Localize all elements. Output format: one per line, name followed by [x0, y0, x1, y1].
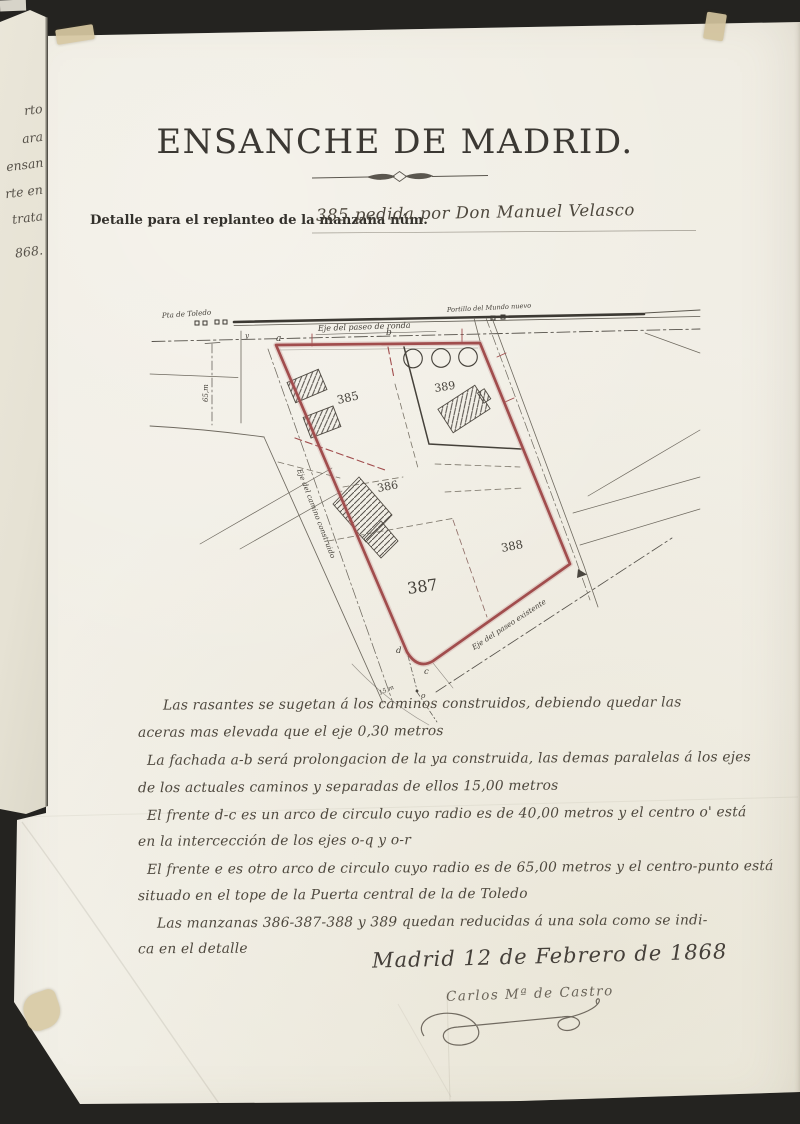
- body-line: en la intercección de los ejes o-q y o-r: [138, 832, 411, 850]
- signature-name: Carlos Mª de Castro: [446, 983, 614, 1005]
- streets-right: [474, 318, 700, 607]
- map-drawing: Pta de Toledo Portillo del Mundo nuevo E…: [150, 302, 700, 725]
- road-top: [234, 310, 700, 326]
- point-label-d: d: [396, 646, 402, 656]
- axis-arrow: [577, 569, 587, 578]
- tape-mark: [703, 12, 727, 42]
- setback-ticks: [312, 329, 514, 402]
- margin-fragment: ensan: [5, 155, 44, 174]
- body-line: La fachada a-b será prolongacion de la y…: [147, 749, 751, 769]
- point-label-b: b: [386, 328, 392, 338]
- margin-fragment: ara: [21, 129, 44, 146]
- block-label-386: 386: [376, 478, 399, 495]
- main-sheet: ENSANCHE DE MADRID. Detalle para el repl…: [0, 0, 800, 1124]
- margin-fragment: rte en: [4, 182, 43, 201]
- body-line: Las manzanas 386-387-388 y 389 quedan re…: [157, 912, 708, 931]
- point-label-y: y: [244, 332, 250, 340]
- street-label-paseo: Eje del paseo existente: [469, 597, 548, 653]
- axis-paseo-existente: [436, 538, 672, 692]
- dimension-label-15m: 15,m: [378, 684, 395, 697]
- block-389-outline: [278, 347, 521, 449]
- axis-ronda: [152, 329, 700, 342]
- dimension-label-65m: 65,m: [202, 384, 210, 402]
- street-label-puerta-toledo: Pta de Toledo: [161, 308, 213, 321]
- page-title: ENSANCHE DE MADRID.: [95, 122, 695, 162]
- subtitle-underline: [312, 231, 696, 234]
- block-label-385: 385: [336, 388, 361, 407]
- red-boundary: [276, 343, 570, 664]
- corner-survey-marks: [352, 656, 453, 725]
- body-line: situado en el tope de la Puerta central …: [138, 886, 528, 904]
- streets-left: [150, 331, 392, 703]
- previous-folio-edge: rto ara ensan rte en trata 868.: [0, 6, 48, 814]
- margin-fragment: 868.: [14, 242, 43, 260]
- parcel-lines-red: [295, 347, 394, 470]
- body-line: ca en el detalle: [138, 941, 248, 958]
- body-line: Las rasantes se sugetan á los caminos co…: [163, 694, 682, 713]
- gate-marks: [195, 315, 505, 325]
- point-label-a: a: [276, 334, 281, 344]
- point-label-c: c: [424, 667, 429, 677]
- body-line: aceras mas elevada que el eje 0,30 metro…: [138, 723, 444, 741]
- street-label-ronda: Eje del paseo de ronda: [317, 321, 411, 333]
- folio-gap-shadow: [45, 6, 48, 814]
- title-divider: [312, 172, 488, 182]
- date-line: Madrid 12 de Febrero de 1868: [372, 939, 728, 972]
- body-line: El frente e es otro arco de circulo cuyo…: [147, 858, 774, 878]
- street-label-camino: Eje del camino construido: [295, 467, 338, 560]
- margin-fragment: rto: [24, 101, 44, 118]
- subtitle-handwritten: 385 pedida por Don Manuel Velasco: [316, 200, 635, 225]
- street-label-portillo: Portillo del Mundo nuevo: [446, 302, 532, 314]
- parcel-lines: [278, 384, 523, 617]
- scanned-archive-page: ENSANCHE DE MADRID. Detalle para el repl…: [0, 0, 800, 1124]
- signature-flourish: [421, 999, 599, 1045]
- map-labels: Pta de Toledo Portillo del Mundo nuevo E…: [161, 302, 549, 700]
- block-label-388: 388: [500, 537, 524, 555]
- paper-corner-sliver: [0, 0, 26, 11]
- body-line: de los actuales caminos y separadas de e…: [138, 778, 558, 797]
- block-label-387: 387: [406, 575, 439, 598]
- axis-ronda-underline: [316, 332, 436, 335]
- block-label-389: 389: [433, 379, 456, 395]
- margin-fragment: trata: [11, 208, 44, 227]
- body-line: El frente d-c es un arco de circulo cuyo…: [147, 804, 746, 824]
- dimension-65m: [205, 343, 220, 426]
- building-hatched: [287, 369, 495, 558]
